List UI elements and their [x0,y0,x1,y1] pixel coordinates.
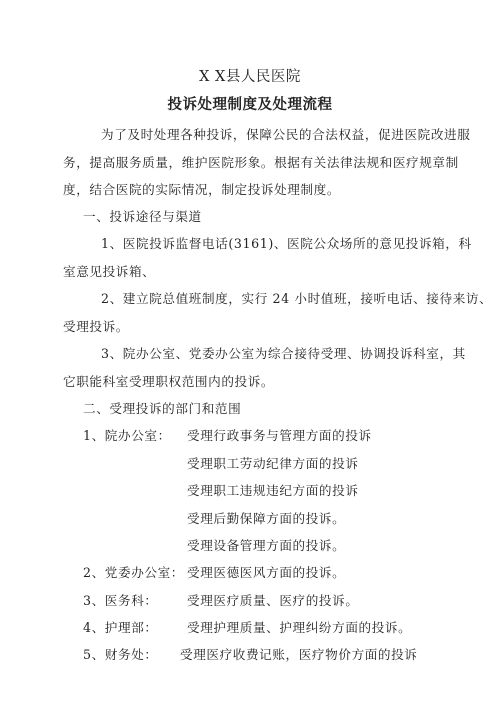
dept-scope: 受理医德医风方面的投诉。 [187,562,345,581]
dept-scope: 受理设备管理方面的投诉。 [187,535,345,554]
dept-label: 2、党委办公室： [83,562,184,581]
document-subtitle: 投诉处理制度及处理流程 [0,93,500,114]
dept-scope: 受理行政事务与管理方面的投诉 [187,425,372,444]
section2-heading: 二、受理投诉的部门和范围 [83,398,443,417]
intro-line: 度，结合医院的实际情况，制定投诉处理制度。 [63,179,423,198]
section1-item: 2、建立院总值班制度，实行 24 小时值班，接听电话、接待来访、 [101,288,461,307]
dept-scope: 受理职工违规违纪方面的投诉 [187,480,359,499]
intro-line: 为了及时处理各种投诉，保障公民的合法权益，促进医院改进服 [101,124,461,143]
section1-item: 3、院办公室、党委办公室为综合接待受理、协调投诉科室，其 [101,343,461,362]
document-title: X X县人民医院 [0,65,500,86]
section1-item: 1、医院投诉监督电话(3161)、医院公众场所的意见投诉箱，科 [101,233,461,252]
dept-scope: 受理职工劳动纪律方面的投诉 [187,453,359,472]
dept-label: 4、护理部： [83,617,158,636]
dept-scope: 受理后勤保障方面的投诉。 [187,508,345,527]
dept-scope: 受理医疗收费记账，医疗物价方面的投诉 [180,644,418,663]
document-page: X X县人民医院 投诉处理制度及处理流程 为了及时处理各种投诉，保障公民的合法权… [0,0,500,707]
section1-item-cont: 室意见投诉箱、 [63,261,423,280]
intro-line: 务，提高服务质量，维护医院形象。根据有关法律法规和医疗规章制 [63,152,423,171]
dept-label: 5、财务处： [83,644,158,663]
dept-scope: 受理护理质量、护理纠纷方面的投诉。 [187,617,411,636]
dept-label: 3、医务科： [83,590,158,609]
section1-item-cont: 它职能科室受理职权范围内的投诉。 [63,371,423,390]
dept-label: 1、院办公室： [83,425,171,444]
section1-heading: 一、投诉途径与渠道 [83,206,443,225]
section1-item-cont: 受理投诉。 [63,316,423,335]
dept-scope: 受理医疗质量、医疗的投诉。 [187,590,359,609]
